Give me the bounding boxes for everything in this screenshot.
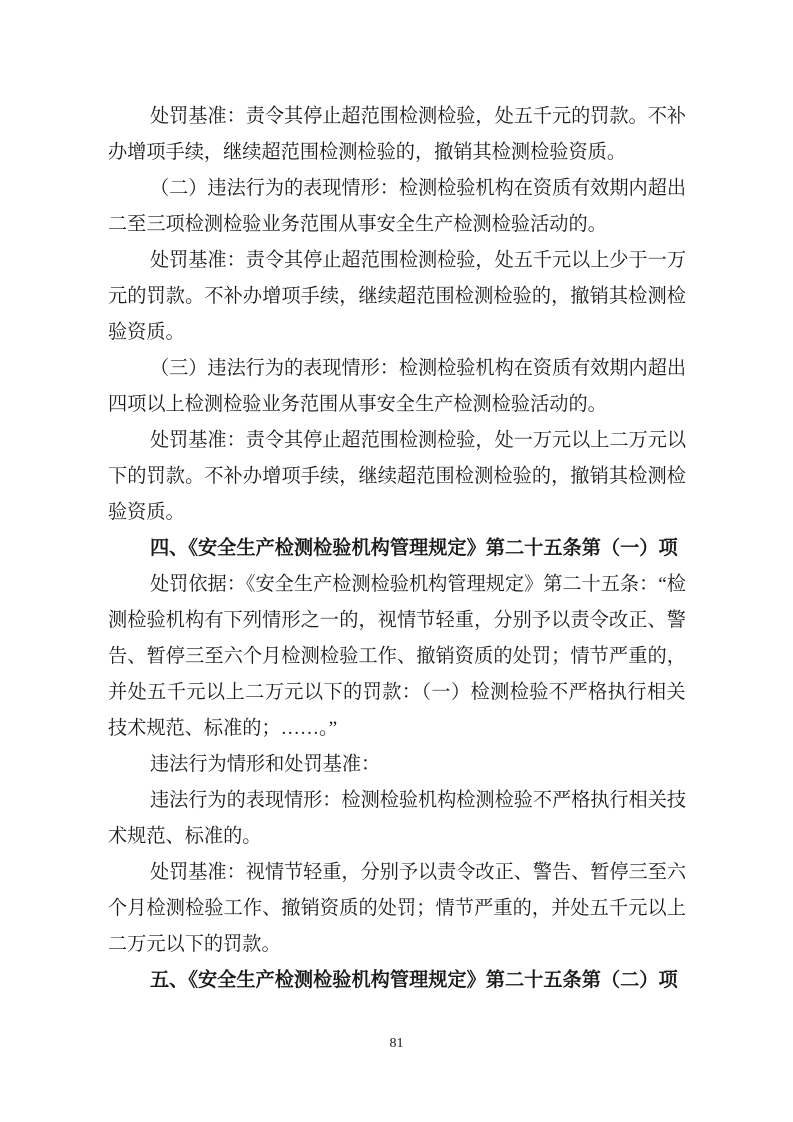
text-line-content: 术规范、标准的。 <box>108 819 262 855</box>
text-line: 告、暂停三至六个月检测检验工作、撤销资质的处罚；情节严重的， <box>108 639 686 675</box>
text-line-content: 元的罚款。不补办增项手续，继续超范围检测检验的，撤销其检测检 <box>108 279 686 315</box>
text-line-content: 测检验机构有下列情形之一的，视情节轻重，分别予以责令改正、警 <box>108 603 686 639</box>
text-line: （二）违法行为的表现情形：检测检验机构在资质有效期内超出 <box>108 171 686 207</box>
text-line: 处罚依据：《安全生产检测检验机构管理规定》第二十五条：“检 <box>108 567 686 603</box>
text-line: 技术规范、标准的；……。” <box>108 711 686 747</box>
text-line: 处罚基准：视情节轻重，分别予以责令改正、警告、暂停三至六 <box>108 855 686 891</box>
text-line-content: （三）违法行为的表现情形：检测检验机构在资质有效期内超出 <box>150 351 686 387</box>
text-line: 测检验机构有下列情形之一的，视情节轻重，分别予以责令改正、警 <box>108 603 686 639</box>
text-line-content: 个月检测检验工作、撤销资质的处罚；情节严重的，并处五千元以上 <box>108 891 686 927</box>
text-line-content: 处罚依据：《安全生产检测检验机构管理规定》第二十五条：“检 <box>150 567 686 603</box>
text-line: 验资质。 <box>108 315 686 351</box>
text-line-content: 违法行为的表现情形：检测检验机构检测检验不严格执行相关技 <box>150 783 686 819</box>
text-line-content: 告、暂停三至六个月检测检验工作、撤销资质的处罚；情节严重的， <box>108 639 686 675</box>
page-number: 81 <box>0 1036 793 1052</box>
text-line-content: 技术规范、标准的；……。” <box>108 711 337 747</box>
text-line-content: 处罚基准：责令其停止超范围检测检验，处五千元以上少于一万 <box>150 243 686 279</box>
text-line: 违法行为的表现情形：检测检验机构检测检验不严格执行相关技 <box>108 783 686 819</box>
text-line: 二至三项检测检验业务范围从事安全生产检测检验活动的。 <box>108 207 686 243</box>
text-line-content: 处罚基准：视情节轻重，分别予以责令改正、警告、暂停三至六 <box>150 855 686 891</box>
text-line: 术规范、标准的。 <box>108 819 686 855</box>
text-line: 处罚基准：责令其停止超范围检测检验，处五千元以上少于一万 <box>108 243 686 279</box>
text-line-content: 四项以上检测检验业务范围从事安全生产检测检验活动的。 <box>108 387 607 423</box>
text-line-content: 违法行为情形和处罚基准： <box>150 747 380 783</box>
text-line: 并处五千元以上二万元以下的罚款：（一）检测检验不严格执行相关 <box>108 675 686 711</box>
text-line: 四项以上检测检验业务范围从事安全生产检测检验活动的。 <box>108 387 686 423</box>
text-line-content: 下的罚款。不补办增项手续，继续超范围检测检验的，撤销其检测检 <box>108 459 686 495</box>
section-heading: 四、《安全生产检测检验机构管理规定》第二十五条第（一）项 <box>108 531 686 567</box>
text-line-content: 二至三项检测检验业务范围从事安全生产检测检验活动的。 <box>108 207 607 243</box>
text-line-content: 处罚基准：责令其停止超范围检测检验，处五千元的罚款。不补 <box>150 99 686 135</box>
text-line: 违法行为情形和处罚基准： <box>108 747 686 783</box>
text-line-content: 五、《安全生产检测检验机构管理规定》第二十五条第（二）项 <box>150 963 678 999</box>
text-line-content: 办增项手续，继续超范围检测检验的，撤销其检测检验资质。 <box>108 135 626 171</box>
text-line-content: （二）违法行为的表现情形：检测检验机构在资质有效期内超出 <box>150 171 686 207</box>
text-line: 个月检测检验工作、撤销资质的处罚；情节严重的，并处五千元以上 <box>108 891 686 927</box>
text-line: 处罚基准：责令其停止超范围检测检验，处一万元以上二万元以 <box>108 423 686 459</box>
text-line-content: 验资质。 <box>108 315 185 351</box>
text-line-content: 验资质。 <box>108 495 185 531</box>
text-line: 二万元以下的罚款。 <box>108 927 686 963</box>
text-line: 办增项手续，继续超范围检测检验的，撤销其检测检验资质。 <box>108 135 686 171</box>
text-line: 验资质。 <box>108 495 686 531</box>
text-line-content: 处罚基准：责令其停止超范围检测检验，处一万元以上二万元以 <box>150 423 686 459</box>
text-line: （三）违法行为的表现情形：检测检验机构在资质有效期内超出 <box>108 351 686 387</box>
text-line-content: 并处五千元以上二万元以下的罚款：（一）检测检验不严格执行相关 <box>108 675 686 711</box>
text-line-content: 二万元以下的罚款。 <box>108 927 281 963</box>
document-text-block: 处罚基准：责令其停止超范围检测检验，处五千元的罚款。不补办增项手续，继续超范围检… <box>108 99 686 999</box>
text-line-content: 四、《安全生产检测检验机构管理规定》第二十五条第（一）项 <box>150 531 678 567</box>
text-line: 下的罚款。不补办增项手续，继续超范围检测检验的，撤销其检测检 <box>108 459 686 495</box>
text-line: 处罚基准：责令其停止超范围检测检验，处五千元的罚款。不补 <box>108 99 686 135</box>
document-page: 处罚基准：责令其停止超范围检测检验，处五千元的罚款。不补办增项手续，继续超范围检… <box>0 0 793 1122</box>
text-line: 元的罚款。不补办增项手续，继续超范围检测检验的，撤销其检测检 <box>108 279 686 315</box>
section-heading: 五、《安全生产检测检验机构管理规定》第二十五条第（二）项 <box>108 963 686 999</box>
